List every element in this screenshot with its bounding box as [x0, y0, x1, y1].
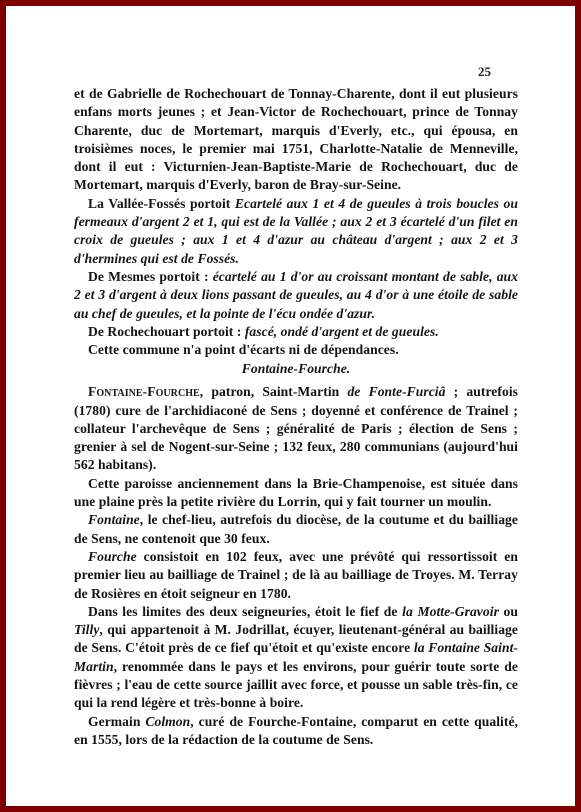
- paragraph-fourche: Fourche consistoit en 102 feux, avec une…: [74, 548, 518, 603]
- commune-name: Fontaine-Fourche: [88, 384, 200, 399]
- text-block-fontaine-fourche: Fontaine-Fourche. Fontaine-Fourche, patr…: [74, 360, 518, 749]
- text-run: consistoit en 102 feux, avec une prévôté…: [74, 549, 518, 601]
- paragraph-mesmes-arms: De Mesmes portoit : écartelé au 1 d'or a…: [74, 268, 518, 323]
- latin-patron-name: de Fonte-Furciâ: [347, 384, 445, 399]
- arms-owner: La Vallée-Fossés portoit: [88, 196, 235, 211]
- paragraph-genealogy: et de Gabrielle de Rochechouart de Tonna…: [74, 85, 518, 195]
- paragraph-fief-motte-gravoir: Dans les limites des deux seigneuries, é…: [74, 603, 518, 713]
- section-title: Fontaine-Fourche.: [74, 360, 518, 378]
- place-name: Fourche: [88, 549, 137, 564]
- fief-name: la Motte-Gravoir: [402, 604, 499, 619]
- text-run: Dans les limites des deux seigneuries, é…: [88, 604, 402, 619]
- page-number: 25: [478, 64, 491, 80]
- paragraph-fontaine-fourche-intro: Fontaine-Fourche, patron, Saint-Martin d…: [74, 383, 518, 474]
- blazon-text: fascé, ondé d'argent et de gueules.: [245, 324, 439, 339]
- place-name: Fontaine: [88, 512, 140, 527]
- arms-owner: De Mesmes portoit :: [88, 269, 213, 284]
- paragraph-vallee-fosses-arms: La Vallée-Fossés portoit Ecartelé aux 1 …: [74, 195, 518, 268]
- text-run: , renommée dans le pays et les environs,…: [74, 659, 518, 711]
- paragraph-germain-colmon: Germain Colmon, curé de Fourche-Fontaine…: [74, 713, 518, 750]
- text-run: ou: [499, 604, 518, 619]
- arms-owner: De Rochechouart portoit :: [88, 324, 245, 339]
- paragraph-fontaine: Fontaine, le chef-lieu, autrefois du dio…: [74, 511, 518, 548]
- paragraph-rochechouart-arms: De Rochechouart portoit : fascé, ondé d'…: [74, 323, 518, 341]
- paragraph-no-dependencies: Cette commune n'a point d'écarts ni de d…: [74, 341, 518, 359]
- fief-name: Tilly: [74, 622, 99, 637]
- paragraph-parish-location: Cette paroisse anciennement dans la Brie…: [74, 475, 518, 512]
- text-run: , le chef-lieu, autrefois du diocèse, de…: [74, 512, 518, 545]
- text-run: , patron, Saint-Martin: [200, 384, 348, 399]
- page-border-frame: 25 et de Gabrielle de Rochechouart de To…: [0, 0, 581, 812]
- person-name: Colmon: [145, 714, 190, 729]
- text-block-rochechouart-genealogy: et de Gabrielle de Rochechouart de Tonna…: [74, 85, 518, 359]
- book-page: 25 et de Gabrielle de Rochechouart de To…: [6, 6, 575, 806]
- text-run: Germain: [88, 714, 145, 729]
